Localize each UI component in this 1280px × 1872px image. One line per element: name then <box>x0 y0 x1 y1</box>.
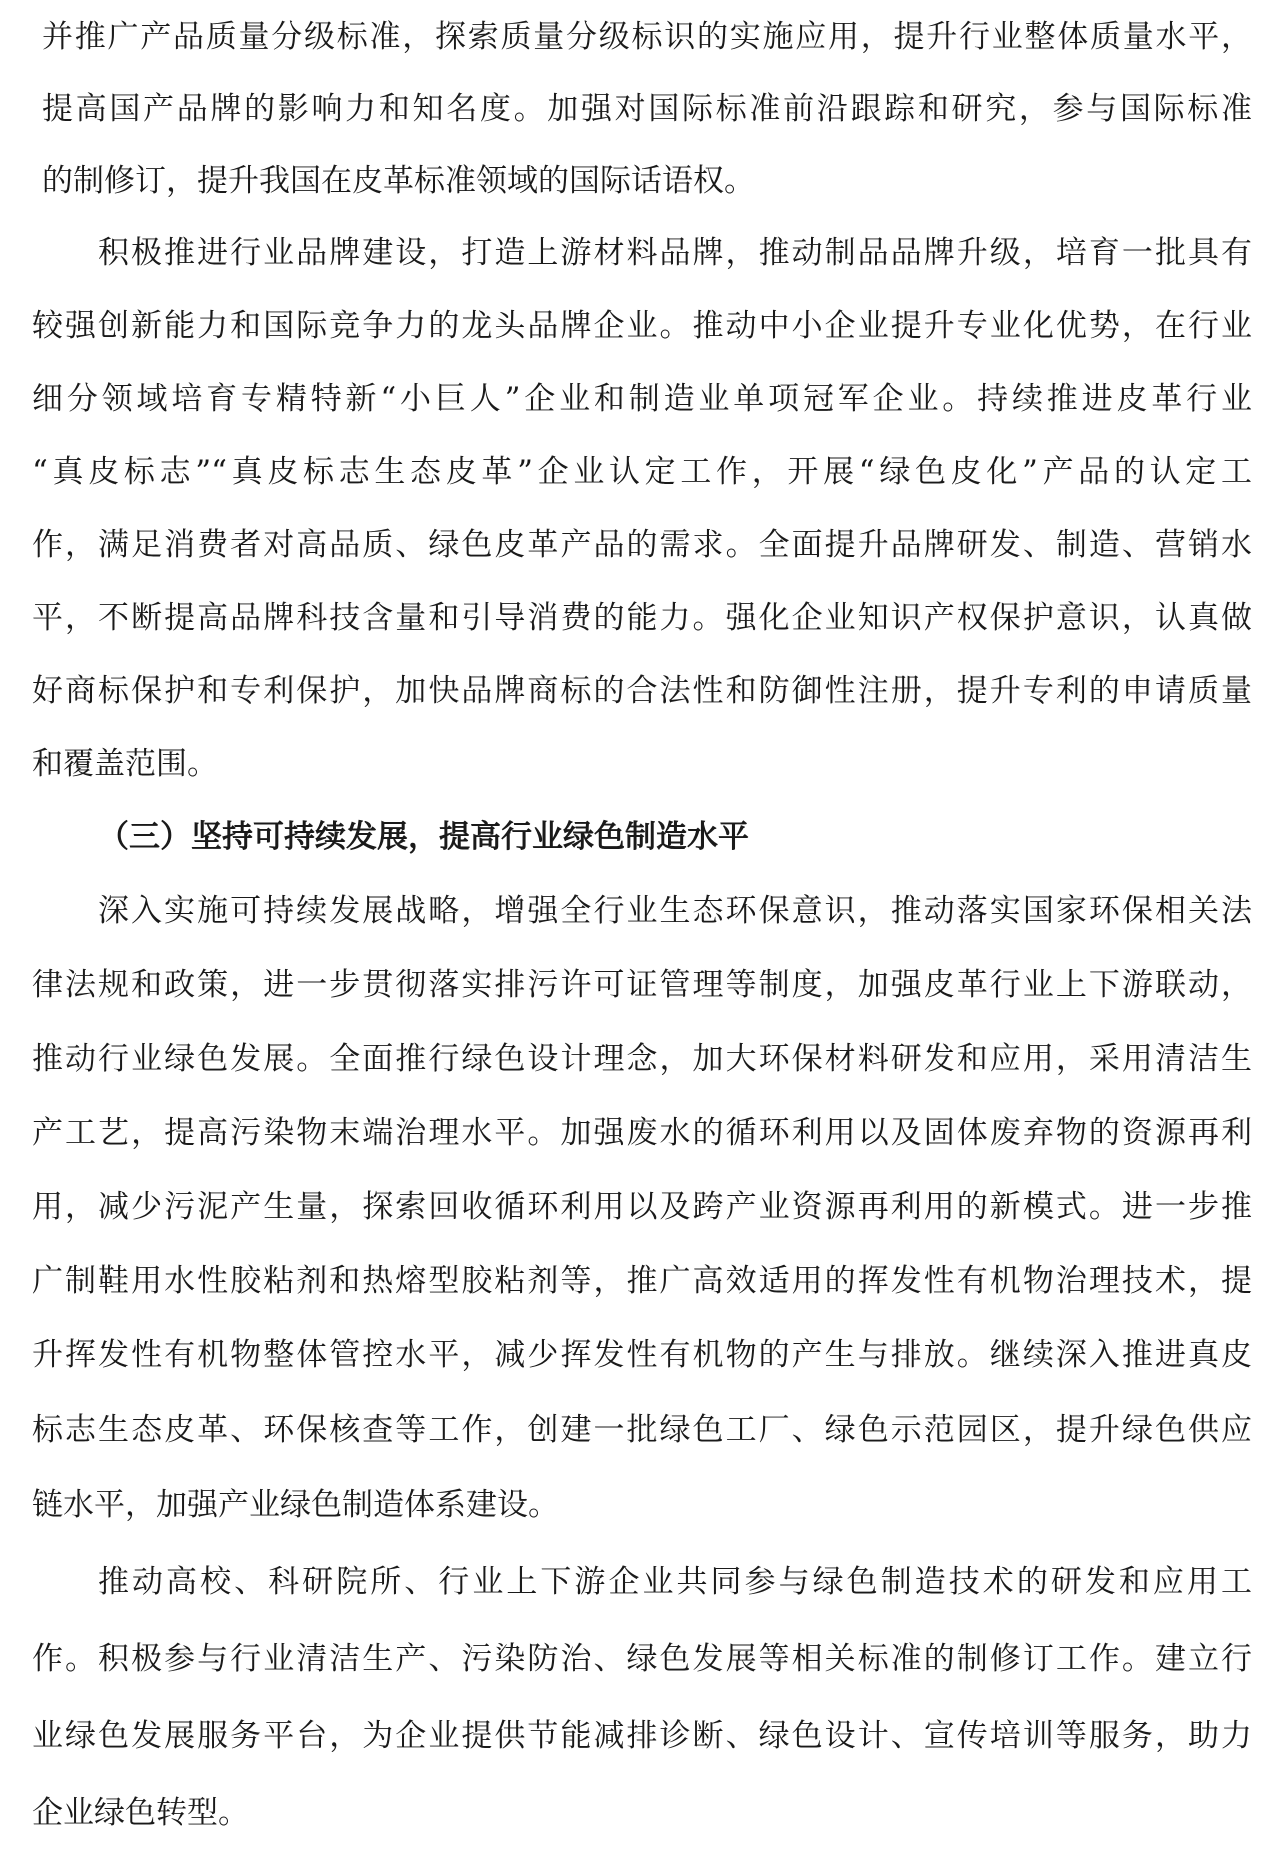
paragraph-3-line-7: 升挥发性有机物整体管控水平，减少挥发性有机物的产生与排放。继续深入推进真皮 <box>32 1318 1252 1392</box>
paragraph-2-line-5: 作，满足消费者对高品质、绿色皮革产品的需求。全面提升品牌研发、制造、营销水 <box>32 508 1252 582</box>
paragraph-1-line-1: 并推广产品质量分级标准，探索质量分级标识的实施应用，提升行业整体质量水平， <box>42 0 1252 74</box>
paragraph-3-line-3: 推动行业绿色发展。全面推行绿色设计理念，加大环保材料研发和应用，采用清洁生 <box>32 1022 1252 1096</box>
paragraph-3-line-6: 广制鞋用水性胶粘剂和热熔型胶粘剂等，推广高效适用的挥发性有机物治理技术，提 <box>32 1244 1252 1318</box>
paragraph-2-line-8: 和覆盖范围。 <box>32 727 1252 801</box>
paragraph-3-line-4: 产工艺，提高污染物末端治理水平。加强废水的循环利用以及固体废弃物的资源再利 <box>32 1096 1252 1170</box>
paragraph-3-line-5: 用，减少污泥产生量，探索回收循环利用以及跨产业资源再利用的新模式。进一步推 <box>32 1170 1252 1244</box>
paragraph-2-line-4: “真皮标志”“真皮标志生态皮革”企业认定工作，开展“绿色皮化”产品的认定工 <box>32 435 1252 509</box>
paragraph-2-line-2: 较强创新能力和国际竞争力的龙头品牌企业。推动中小企业提升专业化优势，在行业 <box>32 289 1252 363</box>
paragraph-1-line-3: 的制修订，提升我国在皮革标准领域的国际话语权。 <box>42 144 1252 218</box>
paragraph-4-line-2: 作。积极参与行业清洁生产、污染防治、绿色发展等相关标准的制修订工作。建立行 <box>32 1622 1252 1696</box>
paragraph-2-line-3: 细分领域培育专精特新“小巨人”企业和制造业单项冠军企业。持续推进皮革行业 <box>32 362 1252 436</box>
document-page: 并推广产品质量分级标准，探索质量分级标识的实施应用，提升行业整体质量水平， 提高… <box>0 0 1280 1872</box>
paragraph-2-line-1: 积极推进行业品牌建设，打造上游材料品牌，推动制品品牌升级，培育一批具有 <box>98 216 1252 290</box>
paragraph-1-line-2: 提高国产品牌的影响力和知名度。加强对国际标准前沿跟踪和研究，参与国际标准 <box>42 72 1252 146</box>
paragraph-3-line-1: 深入实施可持续发展战略，增强全行业生态环保意识，推动落实国家环保相关法 <box>98 874 1252 948</box>
paragraph-3-line-2: 律法规和政策，进一步贯彻落实排污许可证管理等制度，加强皮革行业上下游联动， <box>32 948 1252 1022</box>
section-heading: （三）坚持可持续发展，提高行业绿色制造水平 <box>98 800 1280 874</box>
paragraph-3-line-9: 链水平，加强产业绿色制造体系建设。 <box>32 1468 1252 1542</box>
paragraph-4-line-3: 业绿色发展服务平台，为企业提供节能减排诊断、绿色设计、宣传培训等服务，助力 <box>32 1699 1252 1773</box>
paragraph-4-line-1: 推动高校、科研院所、行业上下游企业共同参与绿色制造技术的研发和应用工 <box>98 1545 1252 1619</box>
paragraph-4-line-4: 企业绿色转型。 <box>32 1776 1252 1850</box>
paragraph-2-line-6: 平，不断提高品牌科技含量和引导消费的能力。强化企业知识产权保护意识，认真做 <box>32 581 1252 655</box>
paragraph-2-line-7: 好商标保护和专利保护，加快品牌商标的合法性和防御性注册，提升专利的申请质量 <box>32 654 1252 728</box>
paragraph-3-line-8: 标志生态皮革、环保核查等工作，创建一批绿色工厂、绿色示范园区，提升绿色供应 <box>32 1393 1252 1467</box>
